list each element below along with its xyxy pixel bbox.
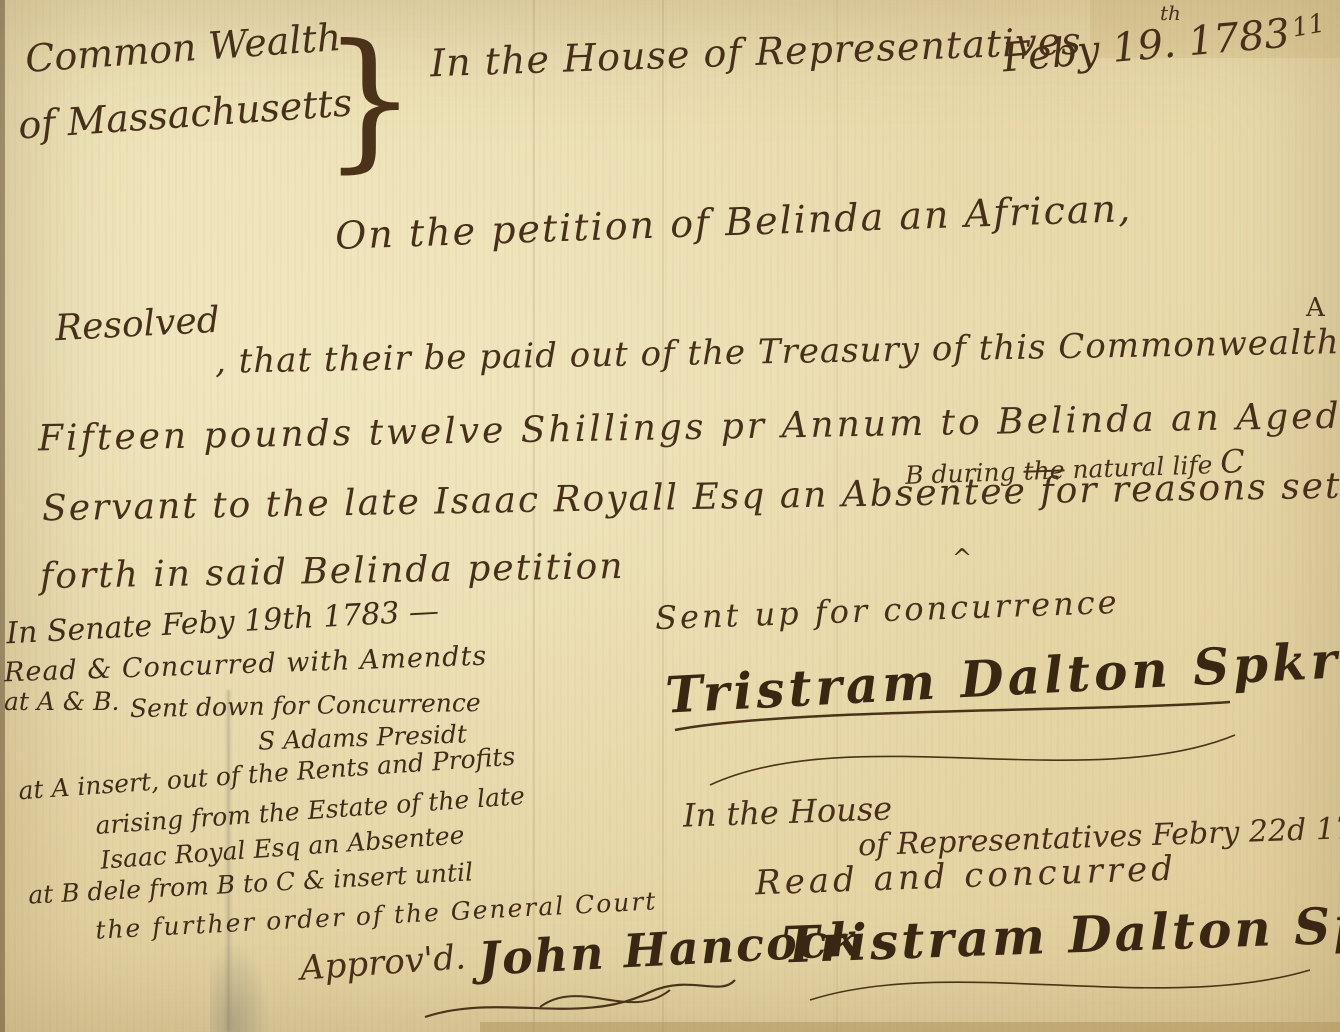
resolved-line-4: forth in said Belinda petition	[40, 547, 625, 597]
resolved-word: Resolved	[54, 301, 221, 349]
left-edge	[0, 0, 5, 1032]
senate-heading: In Senate Feby 19th 1783 —	[5, 595, 439, 651]
signature-flourish	[670, 700, 1250, 800]
amendment-mark-a: A	[1306, 294, 1325, 323]
manuscript-page: Common Wealth of Massachusetts } In the …	[0, 0, 1340, 1032]
bottom-smudge	[210, 940, 270, 1032]
resolved-line-3: Servant to the late Isaac Royall Esq an …	[42, 467, 1340, 529]
house-heading: In the House of Representatives	[429, 21, 1082, 86]
hancock-paraph	[420, 972, 740, 1032]
house-return-line-3: Read and concurred	[754, 851, 1177, 903]
senate-at-a-b: at A & B.	[4, 688, 119, 716]
commonwealth-line-1: Common Wealth	[24, 17, 343, 81]
senate-sent-down: Sent down for Concurrence	[130, 689, 481, 723]
signature-flourish	[800, 960, 1320, 1020]
date-superscript: th	[1160, 2, 1181, 24]
sent-up-line: Sent up for concurrence	[655, 585, 1121, 636]
senate-read-concurred: Read & Concurred with Amendts	[4, 642, 488, 689]
insertion-caret: ^	[952, 545, 972, 571]
brace-glyph: }	[322, 18, 417, 183]
commonwealth-line-2: of Massachusetts	[17, 82, 354, 147]
page-number: 11	[1290, 9, 1328, 43]
petition-line: On the petition of Belinda an African,	[335, 188, 1133, 258]
resolved-line-1: , that their be paid out of the Treasury…	[215, 324, 1340, 381]
